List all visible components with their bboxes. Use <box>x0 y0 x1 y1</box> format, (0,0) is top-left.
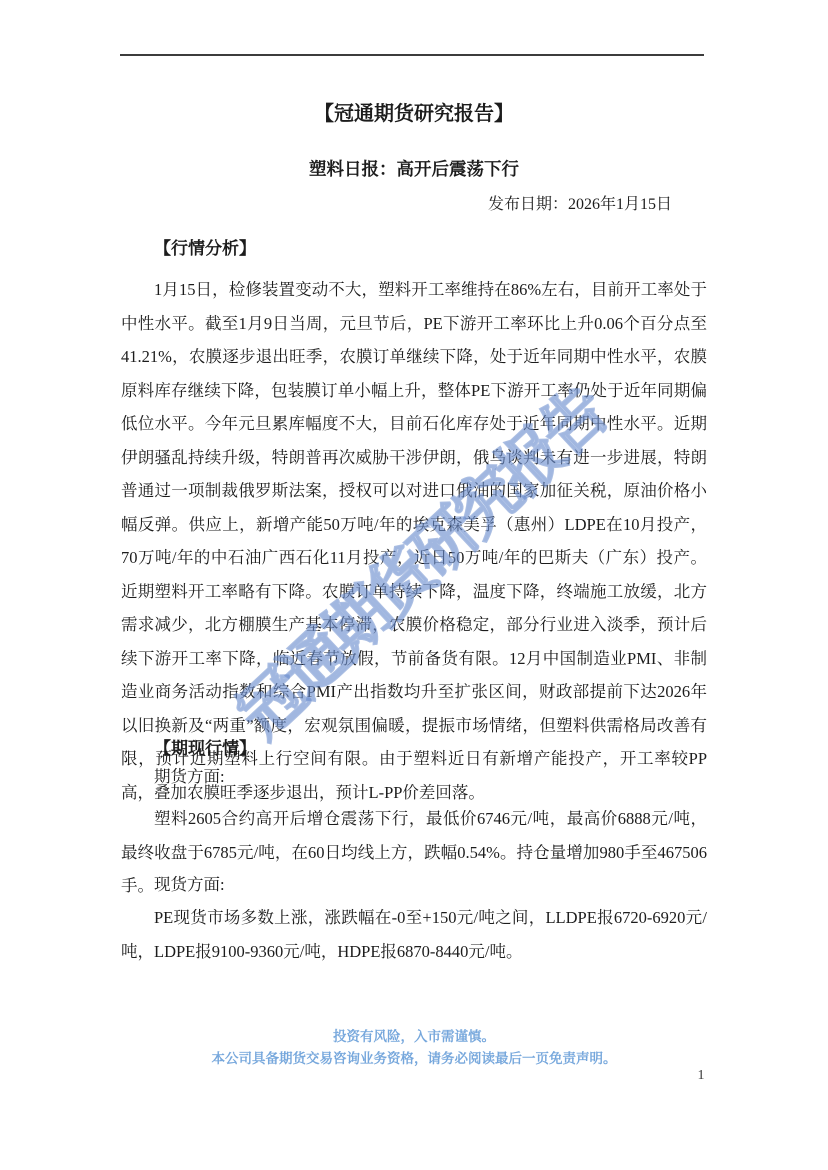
footer-disclaimer: 投资有风险，入市需谨慎。 本公司具备期货交易咨询业务资格，请务必阅读最后一页免责… <box>0 1026 828 1070</box>
publish-date: 发布日期：2026年1月15日 <box>488 195 672 215</box>
header-rule <box>120 54 704 56</box>
futures-side-label: 期货方面: <box>154 767 225 787</box>
spot-side-label: 现货方面: <box>154 875 225 895</box>
spot-paragraph: PE现货市场多数上涨，涨跌幅在-0至+150元/吨之间，LLDPE报6720-6… <box>121 901 707 968</box>
market-analysis-paragraph: 1月15日，检修装置变动不大，塑料开工率维持在86%左右，目前开工率处于中性水平… <box>121 273 707 809</box>
report-page: 冠通期货研究报告 【冠通期货研究报告】 塑料日报：高开后震荡下行 发布日期：20… <box>0 0 828 1170</box>
footer-qualification-line: 本公司具备期货交易咨询业务资格，请务必阅读最后一页免责声明。 <box>0 1048 828 1070</box>
report-title: 塑料日报：高开后震荡下行 <box>0 157 828 181</box>
page-number: 1 <box>690 1068 712 1084</box>
section-heading-futures-spot: 【期现行情】 <box>154 737 256 761</box>
footer-risk-line: 投资有风险，入市需谨慎。 <box>0 1026 828 1048</box>
section-heading-market-analysis: 【行情分析】 <box>154 237 256 261</box>
report-header-title: 【冠通期货研究报告】 <box>0 102 828 126</box>
